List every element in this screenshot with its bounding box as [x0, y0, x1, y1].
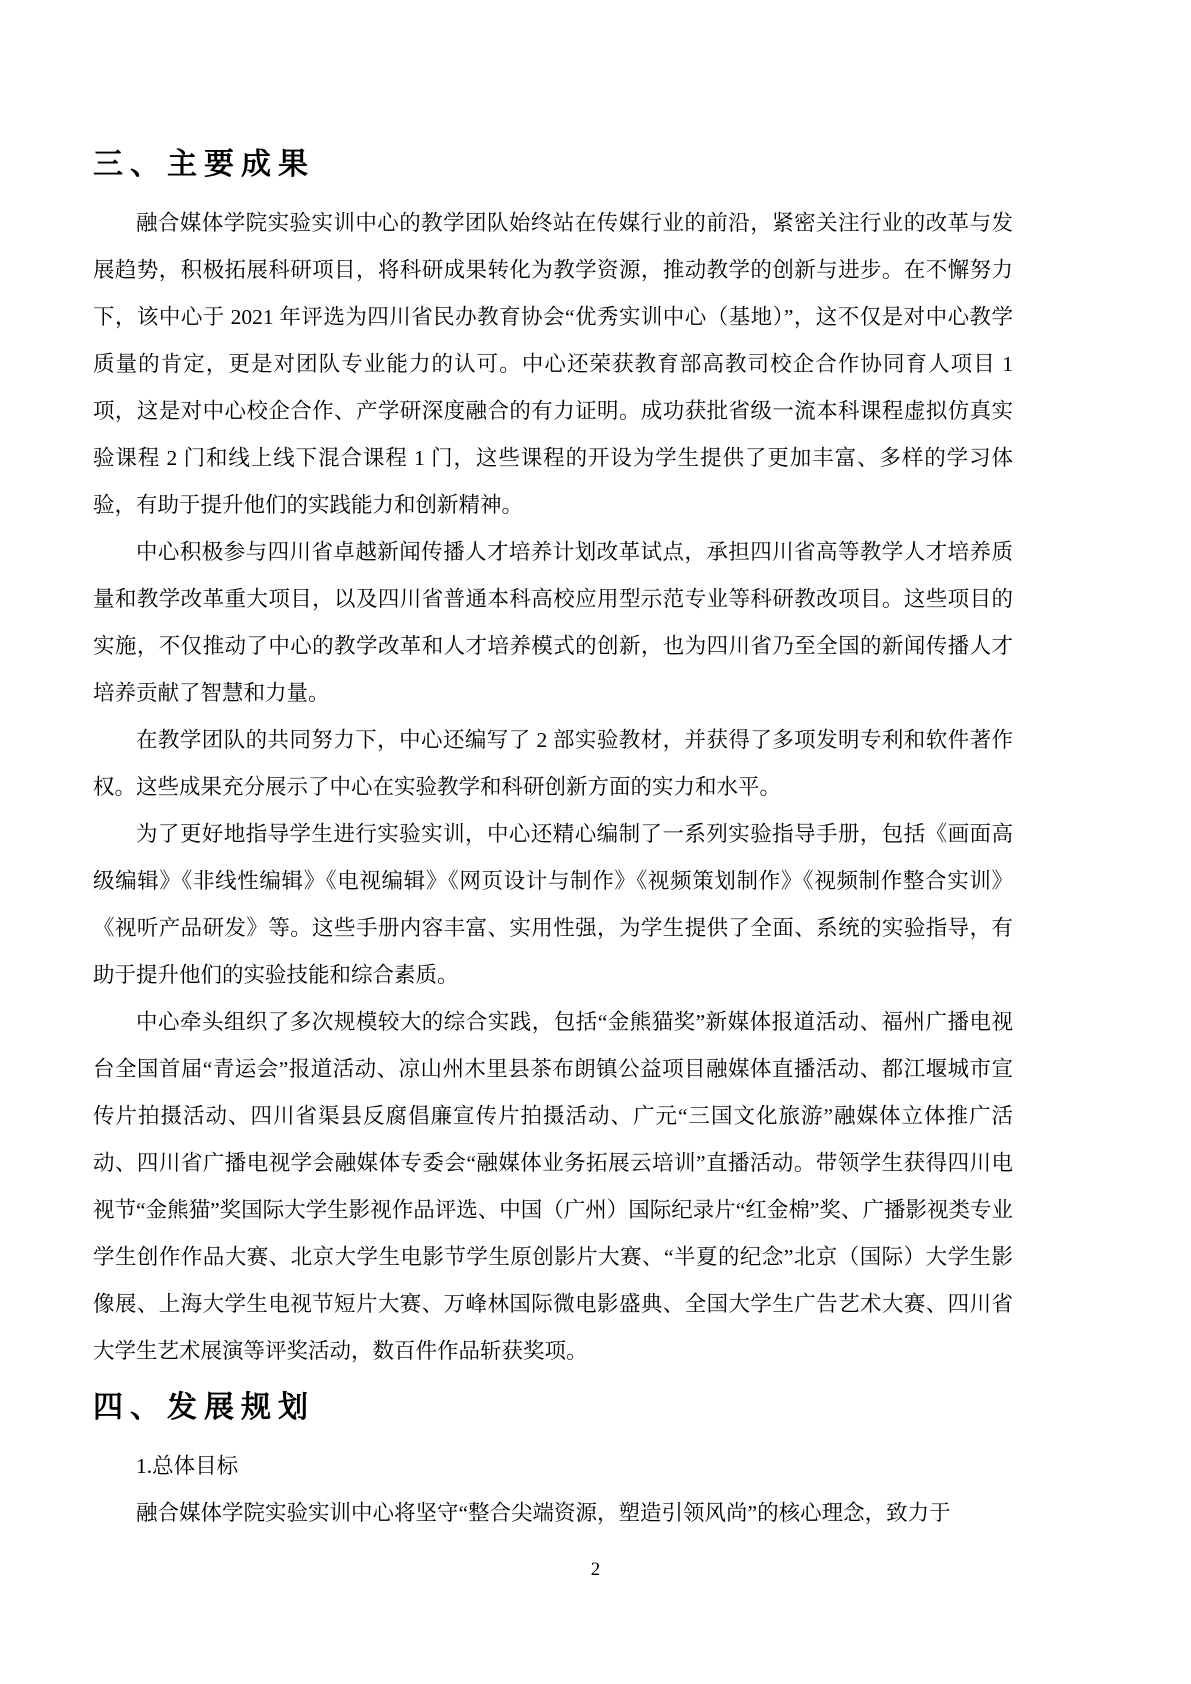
page-number: 2: [0, 1556, 1191, 1584]
section-heading-main-achievements: 三、主要成果: [93, 145, 1013, 185]
subsection-title-overall-goal: 1.总体目标: [93, 1443, 1013, 1490]
paragraph: 在教学团队的共同努力下，中心还编写了 2 部实验教材，并获得了多项发明专利和软件…: [93, 717, 1013, 811]
paragraph: 融合媒体学院实验实训中心的教学团队始终站在传媒行业的前沿，紧密关注行业的改革与发…: [93, 200, 1013, 529]
paragraph: 中心积极参与四川省卓越新闻传播人才培养计划改革试点，承担四川省高等教学人才培养质…: [93, 529, 1013, 717]
document-page: 三、主要成果 融合媒体学院实验实训中心的教学团队始终站在传媒行业的前沿，紧密关注…: [0, 0, 1191, 1684]
paragraph: 为了更好地指导学生进行实验实训，中心还精心编制了一系列实验指导手册，包括《画面高…: [93, 811, 1013, 999]
section-heading-development-plan: 四、发展规划: [93, 1388, 1013, 1428]
document-content: 三、主要成果 融合媒体学院实验实训中心的教学团队始终站在传媒行业的前沿，紧密关注…: [93, 145, 1013, 1537]
paragraph: 中心牵头组织了多次规模较大的综合实践，包括“金熊猫奖”新媒体报道活动、福州广播电…: [93, 999, 1013, 1375]
paragraph: 融合媒体学院实验实训中心将坚守“整合尖端资源，塑造引领风尚”的核心理念，致力于: [93, 1490, 1013, 1537]
